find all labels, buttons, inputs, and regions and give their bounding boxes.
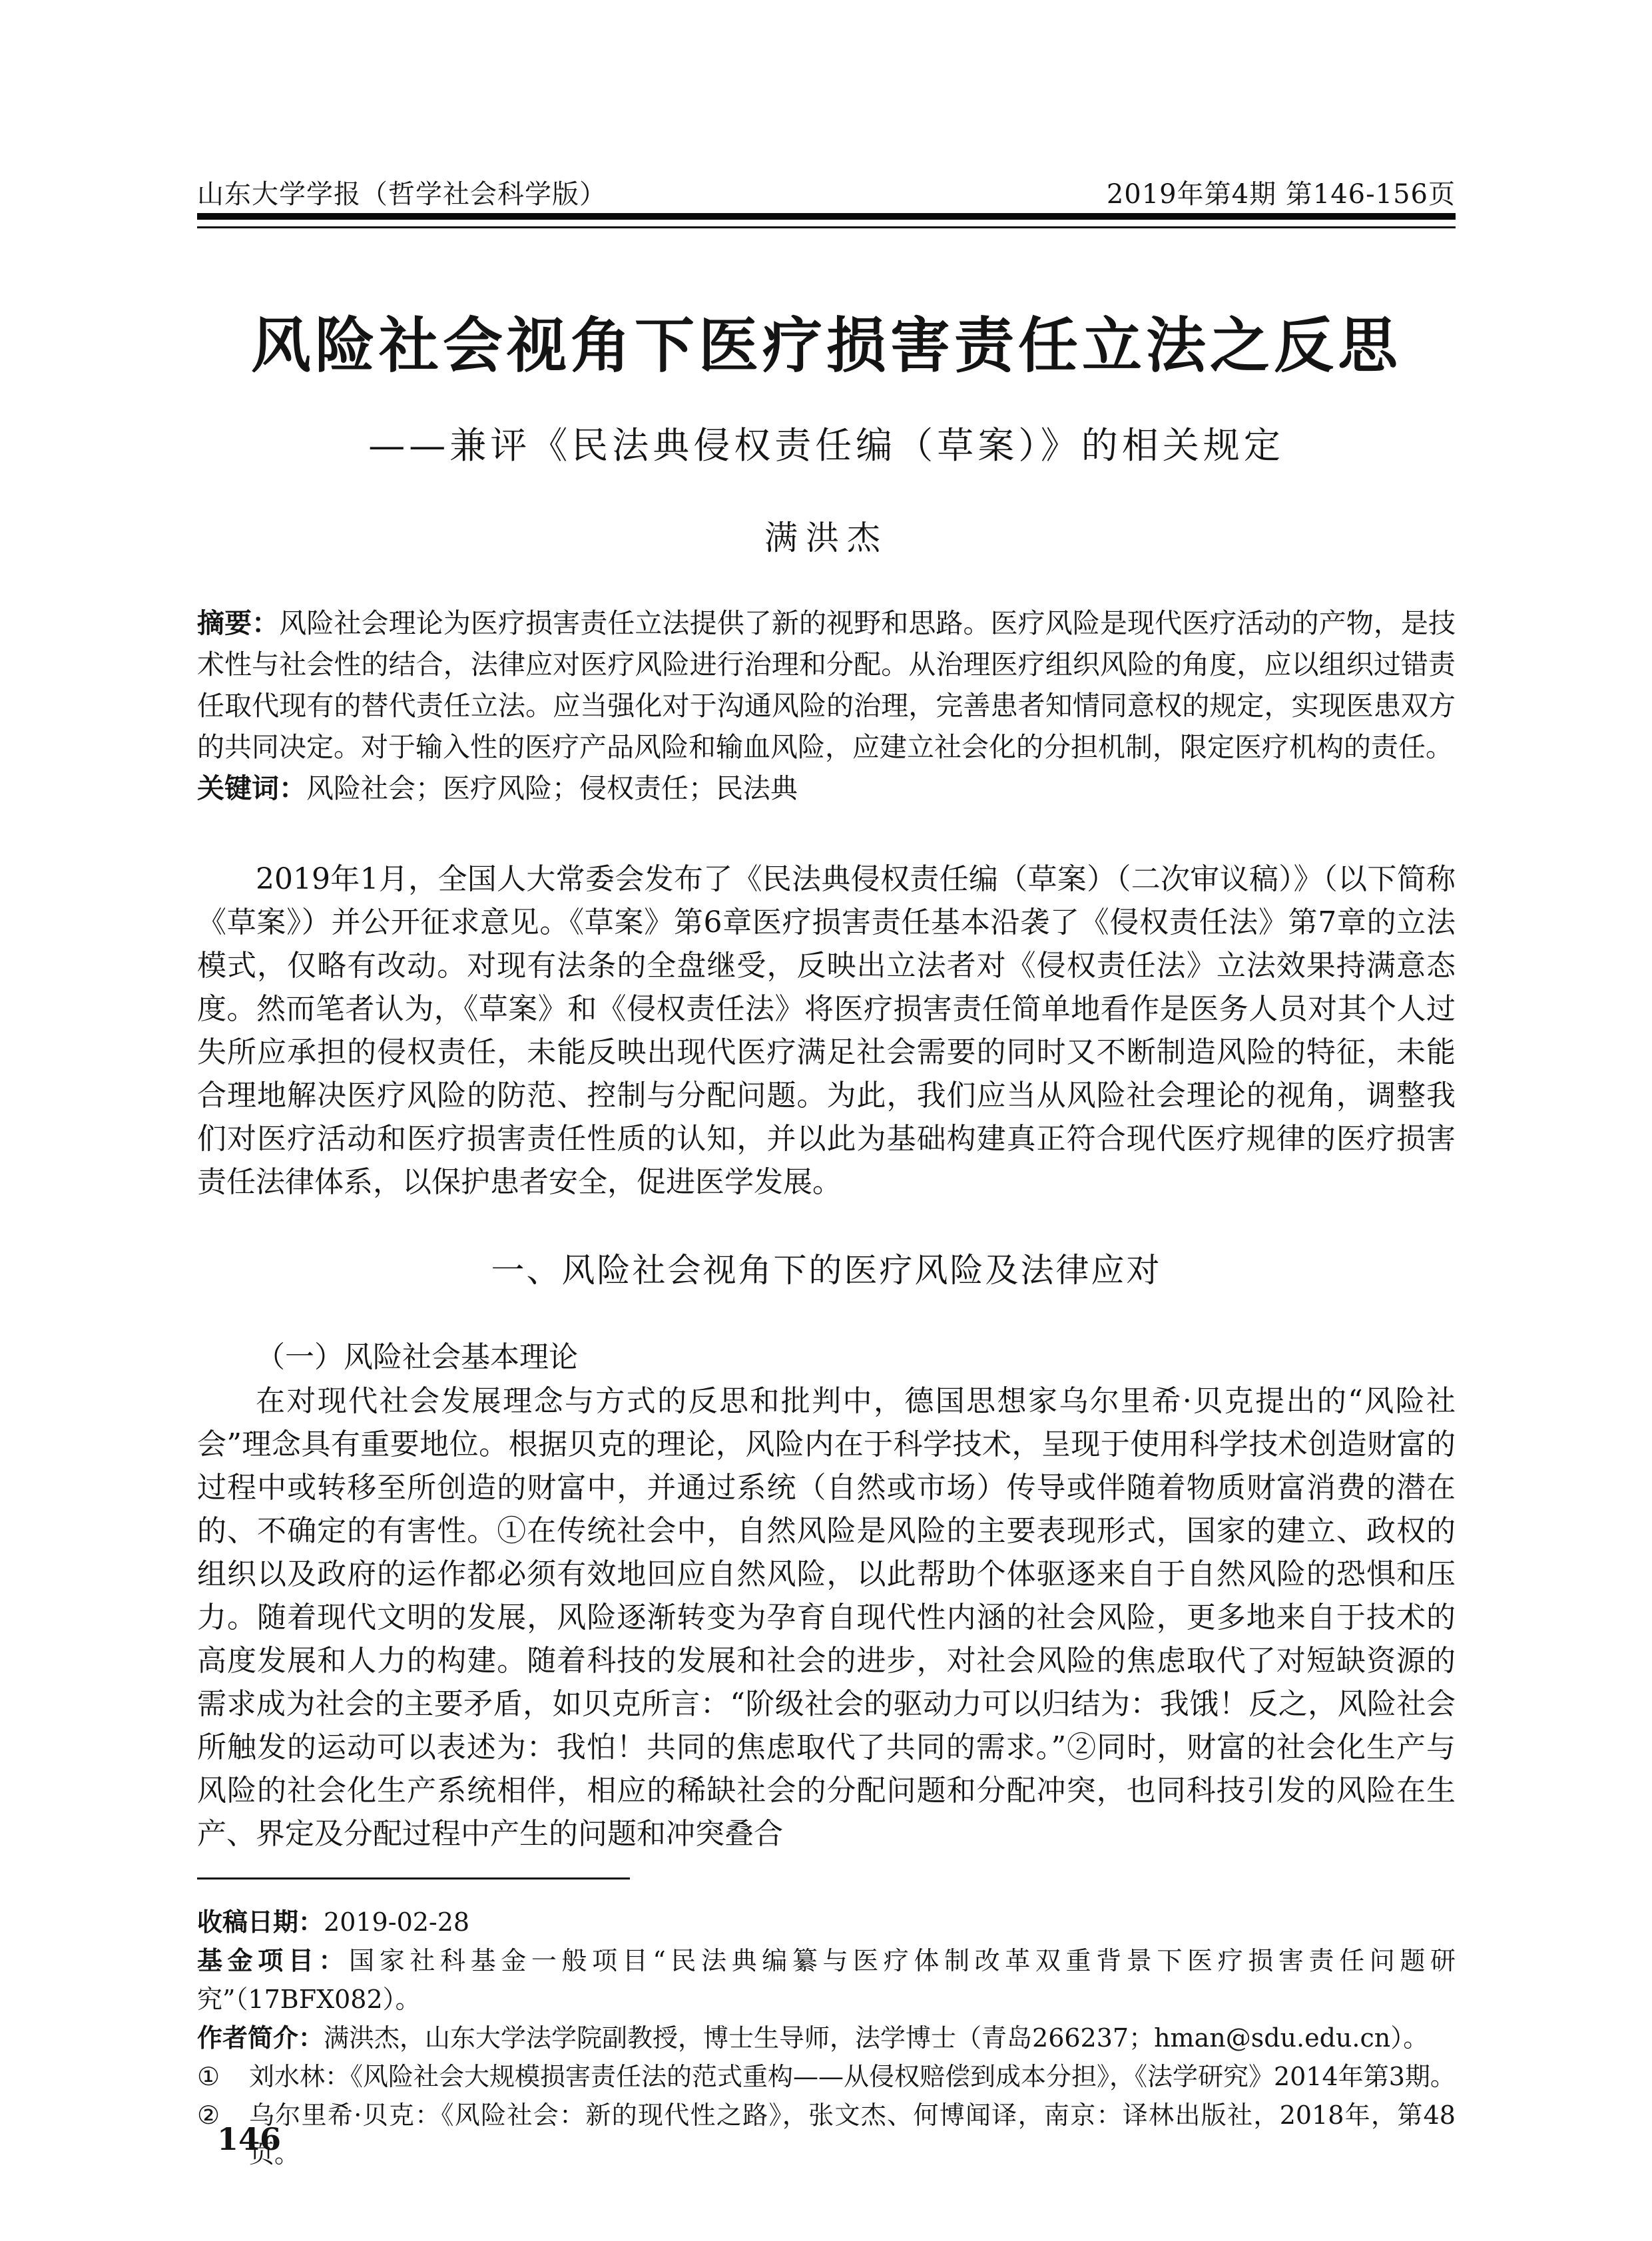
footnote-2-text: 乌尔里希·贝克：《风险社会：新的现代性之路》，张文杰、何博闻译，南京：译林出版社… [249,2096,1456,2173]
fund-project-row: 基金项目：国家社科基金一般项目“民法典编纂与医疗体制改革双重背景下医疗损害责任问… [197,1941,1456,2019]
article-author: 满洪杰 [197,511,1456,559]
footnote-1-text: 刘水林：《风险社会大规模损害责任法的范式重构——从侵权赔偿到成本分担》，《法学研… [249,2057,1456,2096]
keywords-text: 风险社会；医疗风险；侵权责任；民法典 [306,772,798,804]
section-1-paragraph: 在对现代社会发展理念与方式的反思和批判中，德国思想家乌尔里希·贝克提出的“风险社… [197,1379,1456,1856]
footnote-2: ②乌尔里希·贝克：《风险社会：新的现代性之路》，张文杰、何博闻译，南京：译林出版… [197,2096,1456,2173]
issue-page-info: 2019年第4期 第146-156页 [1107,173,1456,211]
abstract-paragraph: 摘要：风险社会理论为医疗损害责任立法提供了新的视野和思路。医疗风险是现代医疗活动… [197,603,1456,768]
abstract-label: 摘要： [197,607,279,639]
keywords-label: 关键词： [197,772,306,804]
section-1-heading: 一、风险社会视角下的医疗风险及法律应对 [197,1249,1456,1292]
intro-paragraph: 2019年1月，全国人大常委会发布了《民法典侵权责任编（草案）（二次审议稿）》（… [197,858,1456,1204]
received-date-value: 2019-02-28 [324,1907,469,1937]
journal-name: 山东大学学报（哲学社会科学版） [197,173,607,211]
header-rule-thin [197,226,1456,228]
footnote-1: ①刘水林：《风险社会大规模损害责任法的范式重构——从侵权赔偿到成本分担》，《法学… [197,2057,1456,2096]
journal-page: 山东大学学报（哲学社会科学版） 2019年第4期 第146-156页 风险社会视… [0,0,1652,2241]
fund-project-value: 国家社科基金一般项目“民法典编纂与医疗体制改革双重背景下医疗损害责任问题研究”（… [197,1946,1456,2014]
author-bio-row: 作者简介：满洪杰，山东大学法学院副教授，博士生导师，法学博士（青岛266237；… [197,2019,1456,2057]
author-bio-label: 作者简介： [197,2023,324,2053]
footnote-separator-rule [197,1877,630,1879]
page-number: 146 [217,2121,281,2157]
article-title: 风险社会视角下医疗损害责任立法之反思 [197,310,1456,381]
article-subtitle: ——兼评《民法典侵权责任编（草案）》的相关规定 [197,416,1456,469]
fund-project-label: 基金项目： [197,1946,349,1975]
running-head: 山东大学学报（哲学社会科学版） 2019年第4期 第146-156页 [197,173,1456,211]
header-rule-thick [197,213,1456,220]
subsection-1-heading: （一）风险社会基本理论 [197,1337,1456,1378]
received-date-row: 收稿日期：2019-02-28 [197,1903,1456,1941]
received-date-label: 收稿日期： [197,1907,324,1937]
abstract-block: 摘要：风险社会理论为医疗损害责任立法提供了新的视野和思路。医疗风险是现代医疗活动… [197,603,1456,809]
abstract-text: 风险社会理论为医疗损害责任立法提供了新的视野和思路。医疗风险是现代医疗活动的产物… [197,607,1456,763]
footnote-1-marker: ① [197,2057,249,2096]
keywords-line: 关键词：风险社会；医疗风险；侵权责任；民法典 [197,768,1456,809]
footnote-area: 收稿日期：2019-02-28 基金项目：国家社科基金一般项目“民法典编纂与医疗… [197,1903,1456,2173]
author-bio-value: 满洪杰，山东大学法学院副教授，博士生导师，法学博士（青岛266237；hman@… [324,2023,1428,2053]
